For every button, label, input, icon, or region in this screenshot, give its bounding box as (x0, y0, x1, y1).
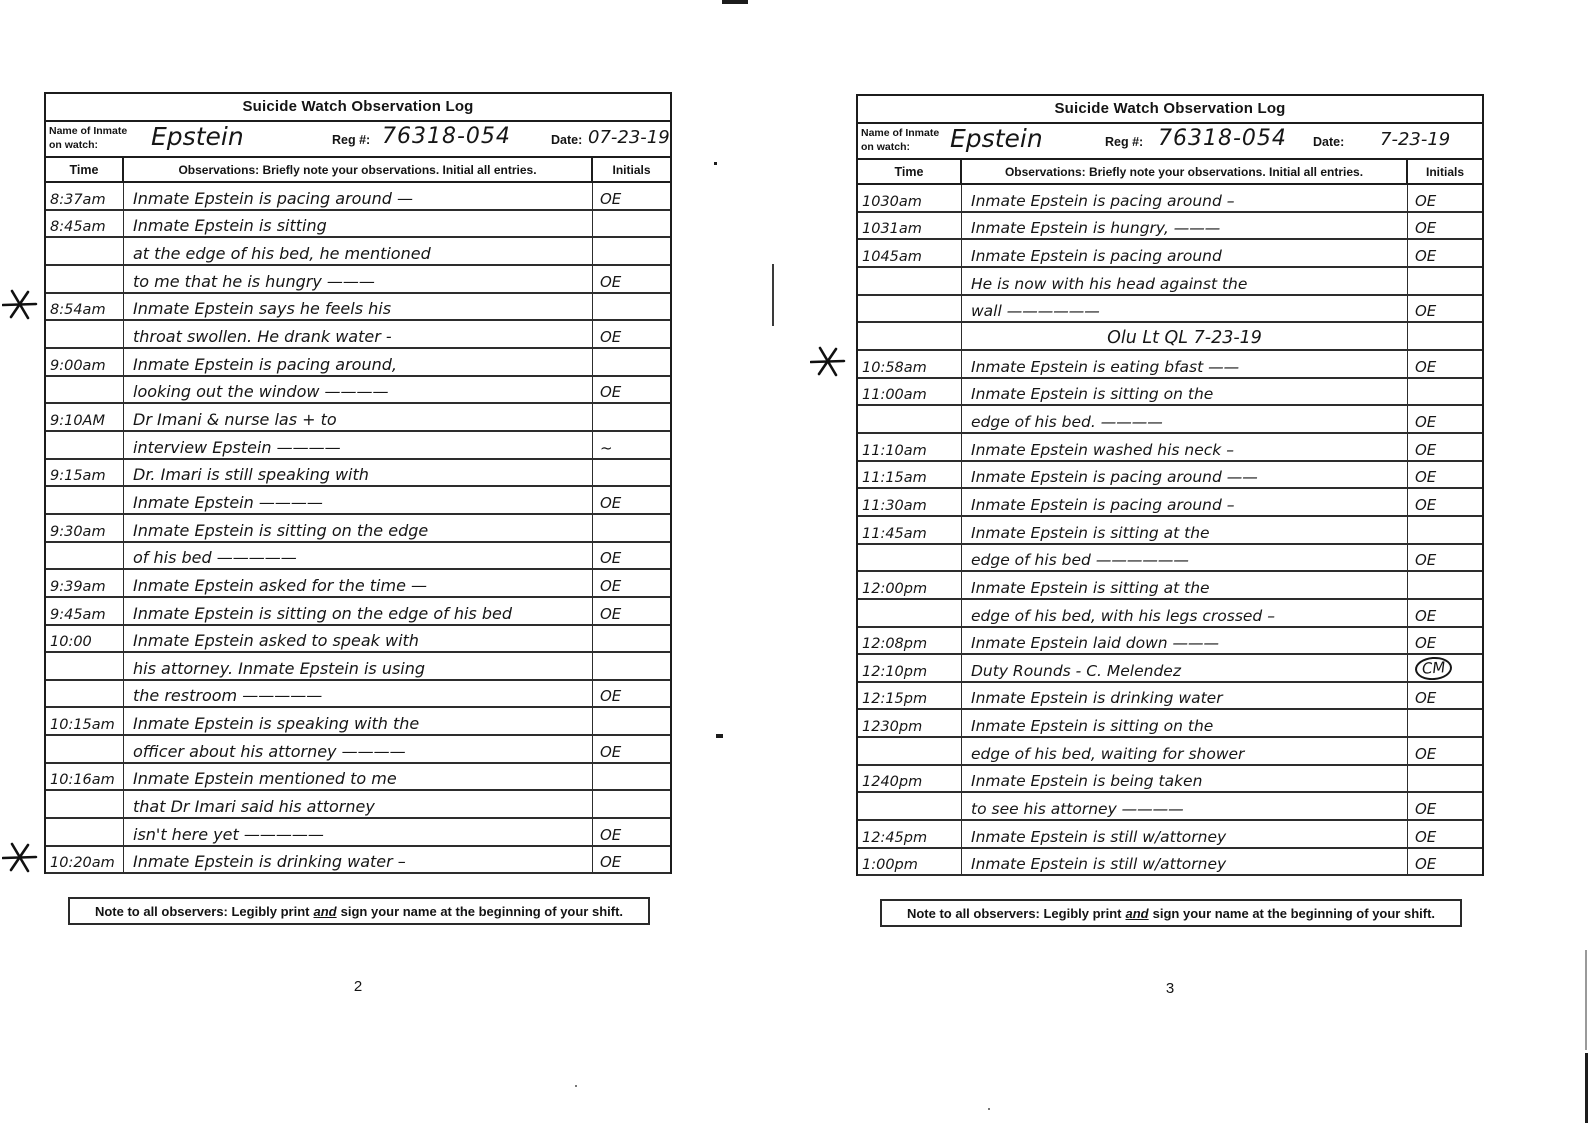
observation-cell: Inmate Epstein is pacing around, (124, 349, 593, 375)
asterisk-mark-icon (2, 839, 38, 875)
note-emphasis: and (1126, 906, 1149, 921)
initials-cell: OE (593, 487, 670, 513)
initials-value: OE (600, 687, 621, 705)
time-cell (46, 432, 124, 458)
time-cell: 10:00 (46, 626, 124, 652)
observation-log-table: Suicide Watch Observation Log Name of In… (856, 94, 1484, 876)
time-cell: 10:15am (46, 708, 124, 734)
time-cell (46, 321, 124, 347)
initials-value: OE (1415, 607, 1436, 625)
date-value: 7-23-19 (1380, 129, 1450, 150)
table-row: to me that he is hungry ———OE (46, 266, 670, 294)
observation-cell: Inmate Epstein is sitting on the (962, 379, 1408, 405)
initials-cell: OE (593, 183, 670, 209)
log-entries: 1030amInmate Epstein is pacing around –O… (858, 185, 1482, 876)
scanned-document: { "form": { "title": "Suicide Watch Obse… (0, 0, 1590, 1123)
observation-cell: Inmate Epstein is sitting on the (962, 710, 1408, 736)
table-row: edge of his bed. ————OE (858, 406, 1482, 434)
initials-value: OE (600, 494, 621, 512)
table-row: 8:45amInmate Epstein is sitting (46, 211, 670, 239)
initials-cell (593, 460, 670, 486)
observation-cell: Inmate Epstein asked for the time — (124, 570, 593, 596)
initials-cell: OE (593, 598, 670, 624)
table-row: 1045amInmate Epstein is pacing aroundOE (858, 240, 1482, 268)
name-of-inmate-label: Name of Inmate on watch: (49, 125, 127, 152)
time-cell (46, 266, 124, 292)
time-cell: 12:45pm (858, 821, 962, 847)
initials-column-header: Initials (1408, 160, 1482, 183)
table-row: 9:45amInmate Epstein is sitting on the e… (46, 598, 670, 626)
observation-cell: Inmate Epstein asked to speak with (124, 626, 593, 652)
observation-cell: of his bed ————— (124, 543, 593, 569)
initials-cell: OE (1408, 628, 1482, 654)
observation-cell: Inmate Epstein is still w/attorney (962, 821, 1408, 847)
table-row: 12:45pmInmate Epstein is still w/attorne… (858, 821, 1482, 849)
table-row: 11:10amInmate Epstein washed his neck –O… (858, 434, 1482, 462)
time-cell: 11:45am (858, 517, 962, 543)
time-cell (46, 377, 124, 403)
observation-cell: edge of his bed. ———— (962, 406, 1408, 432)
table-row: 1:00pmInmate Epstein is still w/attorney… (858, 849, 1482, 877)
initials-value: OE (1415, 247, 1436, 265)
initials-cell: OE (1408, 683, 1482, 709)
table-row: Inmate Epstein ————OE (46, 487, 670, 515)
time-column-header: Time (46, 158, 124, 181)
time-cell: 10:58am (858, 351, 962, 377)
initials-cell: OE (593, 266, 670, 292)
initials-value: CM (1414, 656, 1453, 682)
observation-cell: Olu Lt QL 7-23-19 (962, 323, 1408, 349)
log-page-right: Suicide Watch Observation Log Name of In… (856, 94, 1484, 1104)
observations-column-header: Observations: Briefly note your observat… (124, 158, 593, 181)
reg-number-value: 76318-054 (382, 124, 511, 149)
observation-cell: Inmate Epstein is sitting at the (962, 517, 1408, 543)
time-cell: 1030am (858, 185, 962, 211)
initials-cell: OE (1408, 434, 1482, 460)
table-row: 12:15pmInmate Epstein is drinking waterO… (858, 683, 1482, 711)
time-cell (46, 487, 124, 513)
table-row: 9:10AMDr Imani & nurse las + to (46, 404, 670, 432)
table-row: Olu Lt QL 7-23-19 (858, 323, 1482, 351)
initials-cell (1408, 268, 1482, 294)
initials-cell (593, 764, 670, 790)
time-cell: 8:54am (46, 294, 124, 320)
initials-cell (593, 653, 670, 679)
time-cell: 1045am (858, 240, 962, 266)
observation-cell: edge of his bed, waiting for shower (962, 738, 1408, 764)
reg-number-value: 76318-054 (1158, 126, 1287, 151)
time-cell: 11:10am (858, 434, 962, 460)
table-row: at the edge of his bed, he mentioned (46, 238, 670, 266)
time-cell: 12:08pm (858, 628, 962, 654)
initials-cell: OE (593, 847, 670, 873)
time-column-header: Time (858, 160, 962, 183)
initials-value: OE (600, 577, 621, 595)
scan-artifact (772, 264, 774, 326)
table-row: 10:20amInmate Epstein is drinking water … (46, 847, 670, 875)
reg-number-label: Reg #: (1105, 135, 1143, 149)
table-row: 12:00pmInmate Epstein is sitting at the (858, 572, 1482, 600)
table-row: 11:00amInmate Epstein is sitting on the (858, 379, 1482, 407)
time-cell: 10:16am (46, 764, 124, 790)
scan-artifact (716, 734, 723, 738)
initials-cell: OE (1408, 738, 1482, 764)
observer-note: Note to all observers: Legibly print and… (880, 899, 1462, 927)
column-headers: Time Observations: Briefly note your obs… (858, 160, 1482, 185)
form-title: Suicide Watch Observation Log (858, 96, 1482, 124)
initials-value: OE (600, 190, 621, 208)
observation-cell: Inmate Epstein is pacing around – (962, 185, 1408, 211)
initials-value: OE (1415, 219, 1436, 237)
initials-cell (1408, 517, 1482, 543)
scan-artifact (1585, 1053, 1588, 1123)
observation-cell: Inmate Epstein is sitting (124, 211, 593, 237)
asterisk-mark-icon (810, 343, 846, 379)
time-cell (858, 268, 962, 294)
observation-cell: wall —————— (962, 296, 1408, 322)
inmate-name-value: Epstein (151, 122, 244, 151)
log-entries: 8:37amInmate Epstein is pacing around —O… (46, 183, 670, 874)
table-row: interview Epstein ————~ (46, 432, 670, 460)
scan-artifact (1585, 950, 1587, 1050)
observation-cell: Dr. Imari is still speaking with (124, 460, 593, 486)
observation-cell: Inmate Epstein is hungry, ——— (962, 213, 1408, 239)
initials-value: OE (1415, 745, 1436, 763)
initials-cell (593, 294, 670, 320)
note-emphasis: and (314, 904, 337, 919)
initials-value: OE (1415, 855, 1436, 873)
observation-cell: that Dr Imari said his attorney (124, 791, 593, 817)
table-row: 1230pmInmate Epstein is sitting on the (858, 710, 1482, 738)
page-number: 3 (856, 980, 1484, 997)
initials-cell: CM (1408, 655, 1482, 681)
observation-cell: to me that he is hungry ——— (124, 266, 593, 292)
table-row: 9:30amInmate Epstein is sitting on the e… (46, 515, 670, 543)
initials-cell (1408, 710, 1482, 736)
note-text: sign your name at the beginning of your … (1153, 906, 1435, 921)
initials-cell: OE (1408, 185, 1482, 211)
observation-cell: Inmate Epstein is drinking water (962, 683, 1408, 709)
initials-cell (593, 515, 670, 541)
initials-value: OE (600, 605, 621, 623)
table-row: looking out the window ————OE (46, 377, 670, 405)
initials-cell: OE (1408, 351, 1482, 377)
form-header-row: Name of Inmate on watch: Epstein Reg #: … (858, 124, 1482, 160)
table-row: 11:45amInmate Epstein is sitting at the (858, 517, 1482, 545)
time-cell: 11:30am (858, 489, 962, 515)
initials-cell: OE (593, 570, 670, 596)
initials-cell (1408, 323, 1482, 349)
time-cell: 11:00am (858, 379, 962, 405)
log-page-left: Suicide Watch Observation Log Name of In… (44, 92, 672, 1102)
initials-value: OE (1415, 800, 1436, 818)
table-row: 1031amInmate Epstein is hungry, ———OE (858, 213, 1482, 241)
time-cell: 10:20am (46, 847, 124, 873)
time-cell: 9:45am (46, 598, 124, 624)
time-cell: 1230pm (858, 710, 962, 736)
table-row: He is now with his head against the (858, 268, 1482, 296)
observation-cell: Inmate Epstein is sitting on the edge of… (124, 598, 593, 624)
initials-column-header: Initials (593, 158, 670, 181)
initials-cell: ~ (593, 432, 670, 458)
scan-artifact (722, 0, 748, 4)
observation-cell: Inmate Epstein says he feels his (124, 294, 593, 320)
table-row: edge of his bed, waiting for showerOE (858, 738, 1482, 766)
observation-cell: Inmate Epstein is sitting on the edge (124, 515, 593, 541)
observation-cell: isn't here yet ————— (124, 819, 593, 845)
initials-value: OE (600, 853, 621, 871)
initials-value: OE (600, 743, 621, 761)
table-row: 12:08pmInmate Epstein laid down ———OE (858, 628, 1482, 656)
table-row: 8:54amInmate Epstein says he feels his (46, 294, 670, 322)
reg-number-label: Reg #: (332, 133, 370, 147)
initials-value: OE (1415, 828, 1436, 846)
observation-cell: Inmate Epstein is pacing around – (962, 489, 1408, 515)
time-cell: 8:45am (46, 211, 124, 237)
form-header-row: Name of Inmate on watch: Epstein Reg #: … (46, 122, 670, 158)
observation-cell: throat swollen. He drank water - (124, 321, 593, 347)
time-cell: 12:00pm (858, 572, 962, 598)
table-row: 9:15amDr. Imari is still speaking with (46, 460, 670, 488)
initials-cell: OE (593, 736, 670, 762)
initials-value: OE (1415, 441, 1436, 459)
initials-cell: OE (593, 543, 670, 569)
initials-cell (1408, 379, 1482, 405)
time-cell (46, 791, 124, 817)
observation-cell: at the edge of his bed, he mentioned (124, 238, 593, 264)
observation-cell: interview Epstein ———— (124, 432, 593, 458)
table-row: 1240pmInmate Epstein is being taken (858, 766, 1482, 794)
date-label: Date: (1313, 135, 1344, 149)
initials-cell (593, 238, 670, 264)
time-cell (858, 600, 962, 626)
table-row: wall ——————OE (858, 296, 1482, 324)
observation-cell: to see his attorney ———— (962, 793, 1408, 819)
initials-cell: OE (1408, 462, 1482, 488)
table-row: throat swollen. He drank water -OE (46, 321, 670, 349)
time-cell: 11:15am (858, 462, 962, 488)
time-cell (858, 545, 962, 571)
observation-cell: Inmate Epstein is drinking water – (124, 847, 593, 873)
table-row: 1030amInmate Epstein is pacing around –O… (858, 185, 1482, 213)
initials-cell: OE (1408, 406, 1482, 432)
initials-cell: OE (1408, 600, 1482, 626)
note-text: Note to all observers: Legibly print (95, 904, 310, 919)
table-row: his attorney. Inmate Epstein is using (46, 653, 670, 681)
observation-cell: Inmate Epstein is pacing around — (124, 183, 593, 209)
initials-cell: OE (593, 681, 670, 707)
observation-cell: Inmate Epstein laid down ——— (962, 628, 1408, 654)
initials-cell (1408, 572, 1482, 598)
initials-value: OE (1415, 551, 1436, 569)
table-row: 8:37amInmate Epstein is pacing around —O… (46, 183, 670, 211)
time-cell (46, 653, 124, 679)
table-row: 9:00amInmate Epstein is pacing around, (46, 349, 670, 377)
initials-value: OE (600, 383, 621, 401)
time-cell: 1240pm (858, 766, 962, 792)
table-row: 11:30amInmate Epstein is pacing around –… (858, 489, 1482, 517)
time-cell (46, 819, 124, 845)
inmate-name-value: Epstein (950, 124, 1043, 153)
initials-cell (593, 211, 670, 237)
table-row: 10:15amInmate Epstein is speaking with t… (46, 708, 670, 736)
observation-cell: Inmate Epstein is pacing around (962, 240, 1408, 266)
observations-column-header: Observations: Briefly note your observat… (962, 160, 1408, 183)
observation-cell: Inmate Epstein washed his neck – (962, 434, 1408, 460)
asterisk-mark-icon (2, 286, 38, 322)
table-row: officer about his attorney ————OE (46, 736, 670, 764)
initials-cell: OE (1408, 213, 1482, 239)
initials-cell (593, 626, 670, 652)
time-cell (858, 323, 962, 349)
observation-cell: Duty Rounds - C. Melendez (962, 655, 1408, 681)
initials-value: OE (600, 549, 621, 567)
table-row: 10:00Inmate Epstein asked to speak with (46, 626, 670, 654)
observation-cell: Inmate Epstein mentioned to me (124, 764, 593, 790)
initials-value: OE (1415, 634, 1436, 652)
table-row: isn't here yet —————OE (46, 819, 670, 847)
scan-artifact (714, 162, 717, 165)
table-row: 9:39amInmate Epstein asked for the time … (46, 570, 670, 598)
initials-cell (1408, 766, 1482, 792)
observer-note: Note to all observers: Legibly print and… (68, 897, 650, 925)
initials-value: OE (600, 273, 621, 291)
observation-log-table: Suicide Watch Observation Log Name of In… (44, 92, 672, 874)
initials-cell (593, 349, 670, 375)
initials-value: OE (600, 328, 621, 346)
time-cell (858, 296, 962, 322)
observation-cell: edge of his bed —————— (962, 545, 1408, 571)
date-label: Date: (551, 133, 582, 147)
observation-cell: Inmate Epstein is being taken (962, 766, 1408, 792)
initials-cell: OE (1408, 240, 1482, 266)
time-cell: 8:37am (46, 183, 124, 209)
time-cell: 9:30am (46, 515, 124, 541)
time-cell (46, 238, 124, 264)
observation-cell: Inmate Epstein is eating bfast —— (962, 351, 1408, 377)
initials-value: OE (1415, 496, 1436, 514)
form-title: Suicide Watch Observation Log (46, 94, 670, 122)
initials-value: OE (1415, 192, 1436, 210)
table-row: that Dr Imari said his attorney (46, 791, 670, 819)
table-row: 10:58amInmate Epstein is eating bfast ——… (858, 351, 1482, 379)
column-headers: Time Observations: Briefly note your obs… (46, 158, 670, 183)
initials-cell: OE (593, 321, 670, 347)
observation-cell: Inmate Epstein ———— (124, 487, 593, 513)
observation-cell: Inmate Epstein is sitting at the (962, 572, 1408, 598)
observation-cell: Inmate Epstein is pacing around —— (962, 462, 1408, 488)
observation-cell: Dr Imani & nurse las + to (124, 404, 593, 430)
initials-cell: OE (1408, 849, 1482, 875)
initials-value: OE (1415, 413, 1436, 431)
initials-cell: OE (593, 377, 670, 403)
note-text: sign your name at the beginning of your … (341, 904, 623, 919)
observation-cell: officer about his attorney ———— (124, 736, 593, 762)
time-cell: 1:00pm (858, 849, 962, 875)
initials-value: OE (600, 826, 621, 844)
initials-value: OE (1415, 689, 1436, 707)
name-of-inmate-label: Name of Inmate on watch: (861, 127, 939, 154)
time-cell: 9:10AM (46, 404, 124, 430)
observation-cell: edge of his bed, with his legs crossed – (962, 600, 1408, 626)
page-number: 2 (44, 978, 672, 995)
initials-cell (593, 791, 670, 817)
time-cell: 9:00am (46, 349, 124, 375)
time-cell: 12:10pm (858, 655, 962, 681)
time-cell (858, 406, 962, 432)
initials-cell (593, 404, 670, 430)
time-cell (858, 738, 962, 764)
date-value: 07-23-19 (588, 127, 670, 148)
time-cell (46, 736, 124, 762)
initials-value: ~ (600, 439, 613, 457)
table-row: to see his attorney ————OE (858, 793, 1482, 821)
initials-cell: OE (593, 819, 670, 845)
time-cell (858, 793, 962, 819)
table-row: edge of his bed ——————OE (858, 545, 1482, 573)
table-row: 11:15amInmate Epstein is pacing around —… (858, 462, 1482, 490)
note-text: Note to all observers: Legibly print (907, 906, 1122, 921)
observation-cell: He is now with his head against the (962, 268, 1408, 294)
time-cell: 9:39am (46, 570, 124, 596)
time-cell: 12:15pm (858, 683, 962, 709)
observation-cell: looking out the window ———— (124, 377, 593, 403)
time-cell: 9:15am (46, 460, 124, 486)
observation-cell: Inmate Epstein is speaking with the (124, 708, 593, 734)
table-row: the restroom —————OE (46, 681, 670, 709)
initials-cell: OE (1408, 489, 1482, 515)
time-cell (46, 681, 124, 707)
initials-cell: OE (1408, 821, 1482, 847)
time-cell: 1031am (858, 213, 962, 239)
table-row: of his bed —————OE (46, 543, 670, 571)
table-row: 12:10pmDuty Rounds - C. MelendezCM (858, 655, 1482, 683)
scan-artifact (988, 1108, 990, 1110)
initials-value: OE (1415, 468, 1436, 486)
time-cell (46, 543, 124, 569)
table-row: 10:16amInmate Epstein mentioned to me (46, 764, 670, 792)
initials-cell (593, 708, 670, 734)
observation-cell: Inmate Epstein is still w/attorney (962, 849, 1408, 875)
observation-cell: his attorney. Inmate Epstein is using (124, 653, 593, 679)
initials-cell: OE (1408, 545, 1482, 571)
table-row: edge of his bed, with his legs crossed –… (858, 600, 1482, 628)
initials-cell: OE (1408, 793, 1482, 819)
initials-cell: OE (1408, 296, 1482, 322)
observation-cell: the restroom ————— (124, 681, 593, 707)
initials-value: OE (1415, 302, 1436, 320)
initials-value: OE (1415, 358, 1436, 376)
